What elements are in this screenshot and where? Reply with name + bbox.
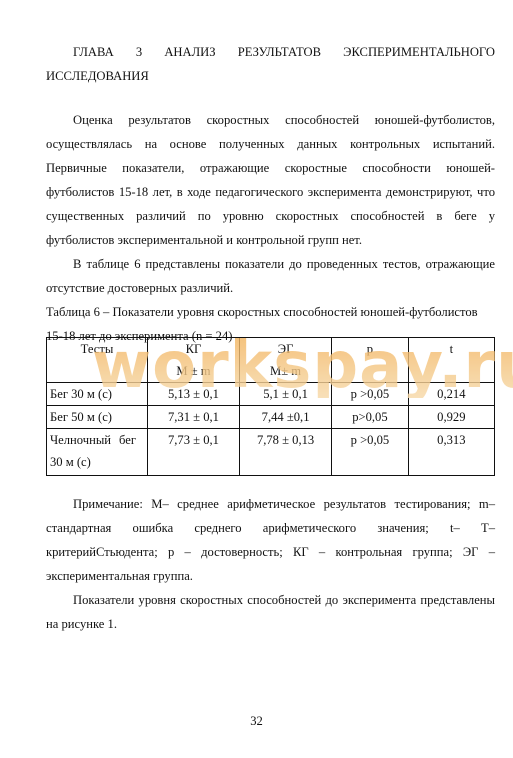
header-tests: Тесты [47, 338, 148, 383]
table-reference-paragraph: В таблице 6 представлены показатели до п… [46, 252, 495, 300]
header-eg: ЭГ M± m [240, 338, 332, 383]
header-eg-sublabel: M± m [243, 360, 328, 382]
cell-kg: 7,31 ± 0,1 [147, 406, 239, 429]
header-kg-label: КГ [151, 338, 236, 360]
speed-abilities-table: Тесты КГ M ± m ЭГ M± m p t Бег 30 м (с) … [46, 337, 495, 476]
cell-t: 0,929 [408, 406, 494, 429]
cell-eg: 7,78 ± 0,13 [240, 429, 332, 476]
cell-test-line-1: Челночный бег [50, 429, 136, 451]
header-kg: КГ M ± m [147, 338, 239, 383]
cell-p: p >0,05 [332, 383, 409, 406]
header-p: p [332, 338, 409, 383]
chapter-title: ГЛАВА 3 АНАЛИЗ РЕЗУЛЬТАТОВ ЭКСПЕРИМЕНТАЛ… [46, 40, 495, 88]
cell-eg: 5,1 ± 0,1 [240, 383, 332, 406]
intro-paragraph: Оценка результатов скоростных способност… [46, 108, 495, 252]
document-page: ГЛАВА 3 АНАЛИЗ РЕЗУЛЬТАТОВ ЭКСПЕРИМЕНТАЛ… [0, 0, 513, 758]
cell-test-line-2: 30 м (с) [50, 455, 91, 469]
chapter-title-line-1: ГЛАВА 3 АНАЛИЗ РЕЗУЛЬТАТОВ ЭКСПЕРИМЕНТАЛ… [46, 40, 495, 64]
cell-eg: 7,44 ±0,1 [240, 406, 332, 429]
page-number: 32 [0, 714, 513, 729]
cell-kg: 7,73 ± 0,1 [147, 429, 239, 476]
cell-test: Бег 30 м (с) [47, 383, 148, 406]
figure-reference-paragraph: Показатели уровня скоростных способносте… [46, 588, 495, 636]
cell-kg: 5,13 ± 0,1 [147, 383, 239, 406]
cell-t: 0,214 [408, 383, 494, 406]
cell-test: Челночный бег 30 м (с) [47, 429, 148, 476]
table-row: Челночный бег 30 м (с) 7,73 ± 0,1 7,78 ±… [47, 429, 495, 476]
header-eg-label: ЭГ [243, 338, 328, 360]
header-t: t [408, 338, 494, 383]
cell-t: 0,313 [408, 429, 494, 476]
cell-p: p>0,05 [332, 406, 409, 429]
note-paragraph: Примечание: M– среднее арифметическое ре… [46, 492, 495, 588]
table-row: Бег 30 м (с) 5,13 ± 0,1 5,1 ± 0,1 p >0,0… [47, 383, 495, 406]
table-header-row: Тесты КГ M ± m ЭГ M± m p t [47, 338, 495, 383]
header-kg-sublabel: M ± m [151, 360, 236, 382]
table-row: Бег 50 м (с) 7,31 ± 0,1 7,44 ±0,1 p>0,05… [47, 406, 495, 429]
cell-p: p >0,05 [332, 429, 409, 476]
chapter-title-line-2: ИССЛЕДОВАНИЯ [46, 64, 495, 88]
cell-test: Бег 50 м (с) [47, 406, 148, 429]
